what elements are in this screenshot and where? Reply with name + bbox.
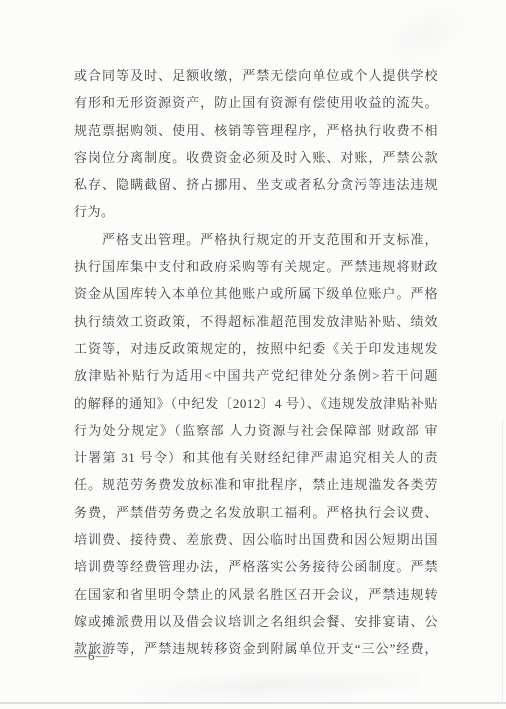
text-line: 款旅游等，严禁违规转移资金到附属单位开支“三公”经费，: [74, 635, 438, 662]
text-line: 的解释的通知》（中纪发〔2012〕4 号）、《违规发放津贴补贴: [74, 390, 438, 417]
scan-edge-bottom: [0, 702, 506, 704]
text-line: 行为。: [74, 198, 438, 225]
text-line: 执行绩效工资政策，不得超标准超范围发放津贴补贴、绩效: [74, 308, 438, 335]
scan-noise: [130, 668, 420, 702]
text-line: 放津贴补贴行为适用<中国共产党纪律处分条例>若干问题: [74, 362, 438, 389]
text-line: 执行国库集中支付和政府采购等有关规定。严禁违规将财政: [74, 253, 438, 280]
text-line: 有形和无形资源资产，防止国有资源有偿使用收益的流失。: [74, 89, 438, 116]
text-line: 嫁或摊派费用以及借会议培训之名组织会餐、安排宴请、公: [74, 608, 438, 635]
text-line: 培训费等经费管理办法，严格落实公务接待公函制度。严禁: [74, 553, 438, 580]
body-text: 或合同等及时、足额收缴，严禁无偿向单位或个人提供学校 有形和无形资源资产，防止国…: [74, 62, 438, 663]
text-line: 务费，严禁借劳务费之名发放职工福利。严格执行会议费、: [74, 499, 438, 526]
text-line: 工资等，对违反政策规定的，按照中纪委《关于印发违规发: [74, 335, 438, 362]
text-line: 任。规范劳务费发放标准和审批程序，禁止违规滥发各类劳: [74, 471, 438, 498]
text-line: 培训费、接待费、差旅费、因公临时出国费和因公短期出国: [74, 526, 438, 553]
text-line: 计署第 31 号令）和其他有关财经纪律严肃追究相关人的责: [74, 444, 438, 471]
paragraph-1: 或合同等及时、足额收缴，严禁无偿向单位或个人提供学校 有形和无形资源资产，防止国…: [74, 62, 438, 226]
text-line: 严格支出管理。严格执行规定的开支范围和开支标准，: [74, 226, 438, 253]
page-number: —6—: [74, 648, 110, 664]
text-line: 容岗位分离制度。收费资金必须及时入账、对账，严禁公款: [74, 144, 438, 171]
paragraph-2: 严格支出管理。严格执行规定的开支范围和开支标准， 执行国库集中支付和政府采购等有…: [74, 226, 438, 663]
text-line: 或合同等及时、足额收缴，严禁无偿向单位或个人提供学校: [74, 62, 438, 89]
text-line: 规范票据购领、使用、核销等管理程序，严格执行收费不相: [74, 117, 438, 144]
document-page: 或合同等及时、足额收缴，严禁无偿向单位或个人提供学校 有形和无形资源资产，防止国…: [0, 0, 506, 709]
scan-edge-right: [502, 420, 503, 703]
text-line: 行为处分规定》（监察部 人力资源与社会保障部 财政部 审: [74, 417, 438, 444]
text-line: 在国家和省里明令禁止的风景名胜区召开会议，严禁违规转: [74, 581, 438, 608]
text-line: 资金从国库转入本单位其他账户或所属下级单位账户。严格: [74, 280, 438, 307]
text-line: 私存、隐瞒截留、挤占挪用、坐支或者私分贪污等违法违规: [74, 171, 438, 198]
